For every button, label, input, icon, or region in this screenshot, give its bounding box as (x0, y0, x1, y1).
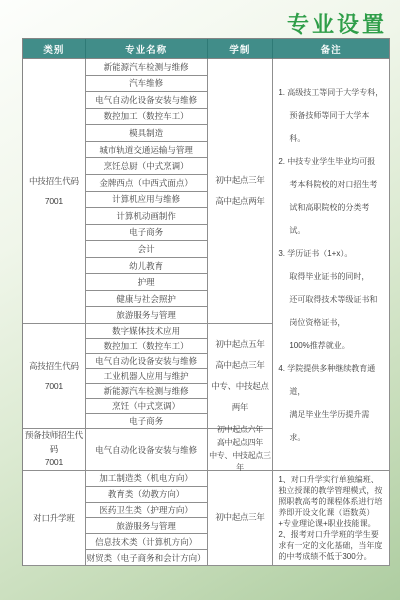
note-item: 1、对口升学实行单独编班、独立授课的教学管理模式，按照职教高考的课程体系进行培养… (278, 474, 385, 529)
page-title: 专业设置 (287, 8, 387, 39)
major-cell: 会计 (86, 241, 208, 258)
note-item: 2. 中技专业学生毕业均可报 考本科院校的对口招生考 试和高职院校的分类考试。 (278, 150, 385, 242)
remarks-cell-duikou: 1、对口升学实行单独编班、独立授课的教学管理模式，按照职教高考的课程体系进行培养… (273, 471, 390, 566)
major-cell: 烹饪总厨（中式烹调） (86, 158, 208, 175)
category-cell-duikou: 对口升学班 (23, 471, 86, 566)
major-cell: 计算机动画制作 (86, 208, 208, 225)
major-cell: 教育类（幼教方向） (86, 487, 208, 503)
schooling-cell-yubeijishi: 初中起点六年 高中起点四年 中专、中技起点三年 (208, 429, 274, 471)
majors-group-zhongji: 新能源汽车检测与维修汽车维修电气自动化设备安装与维修数控加工（数控车工）模具制造… (86, 59, 208, 324)
major-cell: 加工制造类（机电方向） (86, 471, 208, 487)
column-remarks: 1. 高级技工等同于大学专科， 预备技师等同于大学本科。2. 中技专业学生毕业均… (273, 59, 390, 566)
major-cell: 金牌西点（中西式面点） (86, 175, 208, 192)
major-cell: 数控加工（数控车工） (86, 339, 208, 354)
major-cell: 电气自动化设备安装与维修 (86, 429, 208, 471)
schooling-cell-duikou: 初中起点三年 (208, 471, 274, 566)
note-item: 3. 学历证书（1+x）。 取得毕业证书的同时， 还可取得技术等级证书和 岗位资… (278, 242, 377, 357)
major-cell: 城市轨道交通运输与管理 (86, 142, 208, 159)
major-cell: 幼儿教育 (86, 258, 208, 275)
major-cell: 电子商务 (86, 414, 208, 429)
major-cell: 信息技术类（计算机方向） (86, 534, 208, 550)
header-cell-schooling: 学制 (208, 39, 274, 59)
major-cell: 烹饪（中式烹调） (86, 399, 208, 414)
major-cell: 汽车维修 (86, 76, 208, 93)
major-cell: 健康与社会照护 (86, 291, 208, 308)
major-cell: 旅游服务与管理 (86, 307, 208, 324)
major-cell: 数控加工（数控车工） (86, 109, 208, 126)
header-cell-category: 类别 (23, 39, 86, 59)
major-cell: 电气自动化设备安装与维修 (86, 92, 208, 109)
category-cell-zhongji: 中技招生代码 7001 (23, 59, 86, 324)
schooling-cell-gaoji: 初中起点五年 高中起点三年 中专、中技起点两年 (208, 324, 274, 429)
major-cell: 数字媒体技术应用 (86, 324, 208, 339)
column-category: 中技招生代码 7001 高技招生代码 7001 预备技师招生代码 7001 对口… (23, 59, 86, 566)
major-cell: 旅游服务与管理 (86, 518, 208, 534)
majors-table: 类别 专业名称 学制 备注 中技招生代码 7001 高技招生代码 7001 预备… (22, 38, 390, 566)
schooling-cell-zhongji: 初中起点三年 高中起点两年 (208, 59, 274, 324)
major-cell: 财贸类（电子商务和会计方向） (86, 550, 208, 566)
major-cell: 模具制造 (86, 125, 208, 142)
major-cell: 电气自动化设备安装与维修 (86, 354, 208, 369)
major-cell: 新能源汽车检测与维修 (86, 59, 208, 76)
major-cell: 医药卫生类（护理方向） (86, 503, 208, 519)
major-cell: 新能源汽车检测与维修 (86, 384, 208, 399)
majors-group-gaoji: 数字媒体技术应用数控加工（数控车工）电气自动化设备安装与维修工业机器人应用与维护… (86, 324, 208, 429)
table-body: 中技招生代码 7001 高技招生代码 7001 预备技师招生代码 7001 对口… (23, 59, 390, 566)
major-cell: 计算机应用与维修 (86, 192, 208, 209)
majors-group-duikou: 加工制造类（机电方向）教育类（幼教方向）医药卫生类（护理方向）旅游服务与管理信息… (86, 471, 208, 566)
note-item: 2、报考对口升学班的学生要求有一定的文化基础，当年度的中考成绩不低于300分。 (278, 529, 385, 562)
column-schooling: 初中起点三年 高中起点两年 初中起点五年 高中起点三年 中专、中技起点两年 初中… (208, 59, 274, 566)
header-cell-remarks: 备注 (273, 39, 390, 59)
header-cell-major-name: 专业名称 (86, 39, 208, 59)
majors-group-yubeijishi: 电气自动化设备安装与维修 (86, 429, 208, 471)
category-cell-gaoji: 高技招生代码 7001 (23, 324, 86, 429)
note-item: 1. 高级技工等同于大学专科， 预备技师等同于大学本科。 (278, 81, 385, 150)
major-cell: 护理 (86, 274, 208, 291)
table-header: 类别 专业名称 学制 备注 (23, 39, 390, 59)
category-cell-yubeijishi: 预备技师招生代码 7001 (23, 429, 86, 471)
remarks-cell-main: 1. 高级技工等同于大学专科， 预备技师等同于大学本科。2. 中技专业学生毕业均… (273, 59, 390, 471)
page-background: 专业设置 类别 专业名称 学制 备注 中技招生代码 7001 高技招生代码 70… (0, 0, 400, 600)
major-cell: 工业机器人应用与维护 (86, 369, 208, 384)
note-item: 4. 学院提供多种继续教育通道， 满足毕业生学历提升需求。 (278, 357, 385, 449)
column-majors: 新能源汽车检测与维修汽车维修电气自动化设备安装与维修数控加工（数控车工）模具制造… (86, 59, 208, 566)
major-cell: 电子商务 (86, 225, 208, 242)
